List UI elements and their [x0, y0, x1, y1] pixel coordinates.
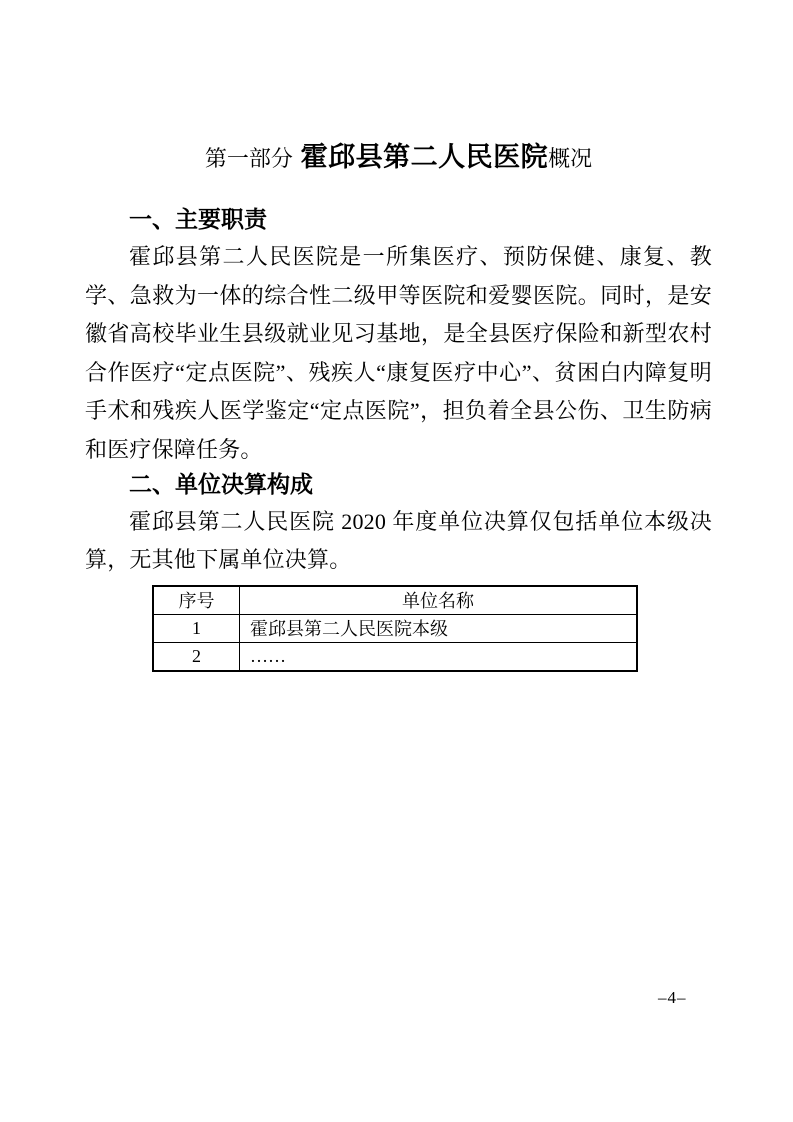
section-heading-unit-composition: 二、单位决算构成 [85, 466, 712, 502]
section-heading-main-duties: 一、主要职责 [85, 201, 712, 237]
paragraph-main-duties: 霍邱县第二人民医院是一所集医疗、预防保健、康复、教学、急救为一体的综合性二级甲等… [85, 238, 712, 470]
cell-unit-name: 霍邱县第二人民医院本级 [240, 614, 638, 642]
header-cell-index: 序号 [153, 586, 240, 615]
cell-row-index: 2 [153, 642, 240, 671]
unit-table: 序号 单位名称 1 霍邱县第二人民医院本级 2 …… [152, 585, 638, 672]
title-part-label: 第一部分 [205, 146, 293, 171]
title-suffix: 概况 [548, 146, 592, 171]
unit-table-row: 2 …… [153, 642, 637, 671]
document-page: 第一部分霍邱县第二人民医院概况 一、主要职责 霍邱县第二人民医院是一所集医疗、预… [0, 0, 793, 1122]
cell-unit-name: …… [240, 642, 638, 671]
unit-table-row: 1 霍邱县第二人民医院本级 [153, 614, 637, 642]
header-cell-unit-name: 单位名称 [240, 586, 638, 615]
page-content: 第一部分霍邱县第二人民医院概况 一、主要职责 霍邱县第二人民医院是一所集医疗、预… [85, 140, 712, 672]
document-title: 第一部分霍邱县第二人民医院概况 [85, 140, 712, 179]
page-number: –4– [658, 988, 687, 1008]
title-org-name: 霍邱县第二人民医院 [301, 142, 549, 172]
cell-row-index: 1 [153, 614, 240, 642]
paragraph-unit-composition: 霍邱县第二人民医院 2020 年度单位决算仅包括单位本级决算，无其他下属单位决算… [85, 503, 712, 580]
unit-table-header-row: 序号 单位名称 [153, 586, 637, 615]
